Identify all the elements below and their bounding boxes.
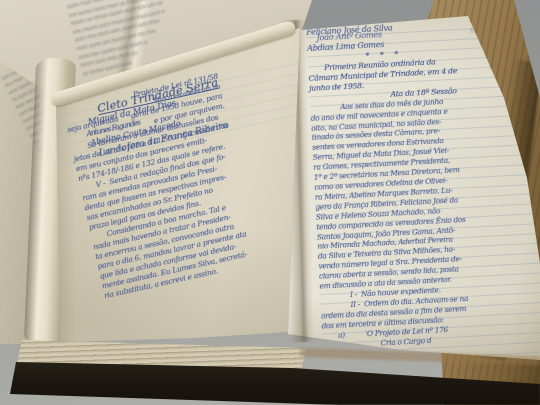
photo-of-handwritten-ledgers: uunv muv nnuvm uum nvu unmv uv nmmv uunm… [0,0,540,405]
